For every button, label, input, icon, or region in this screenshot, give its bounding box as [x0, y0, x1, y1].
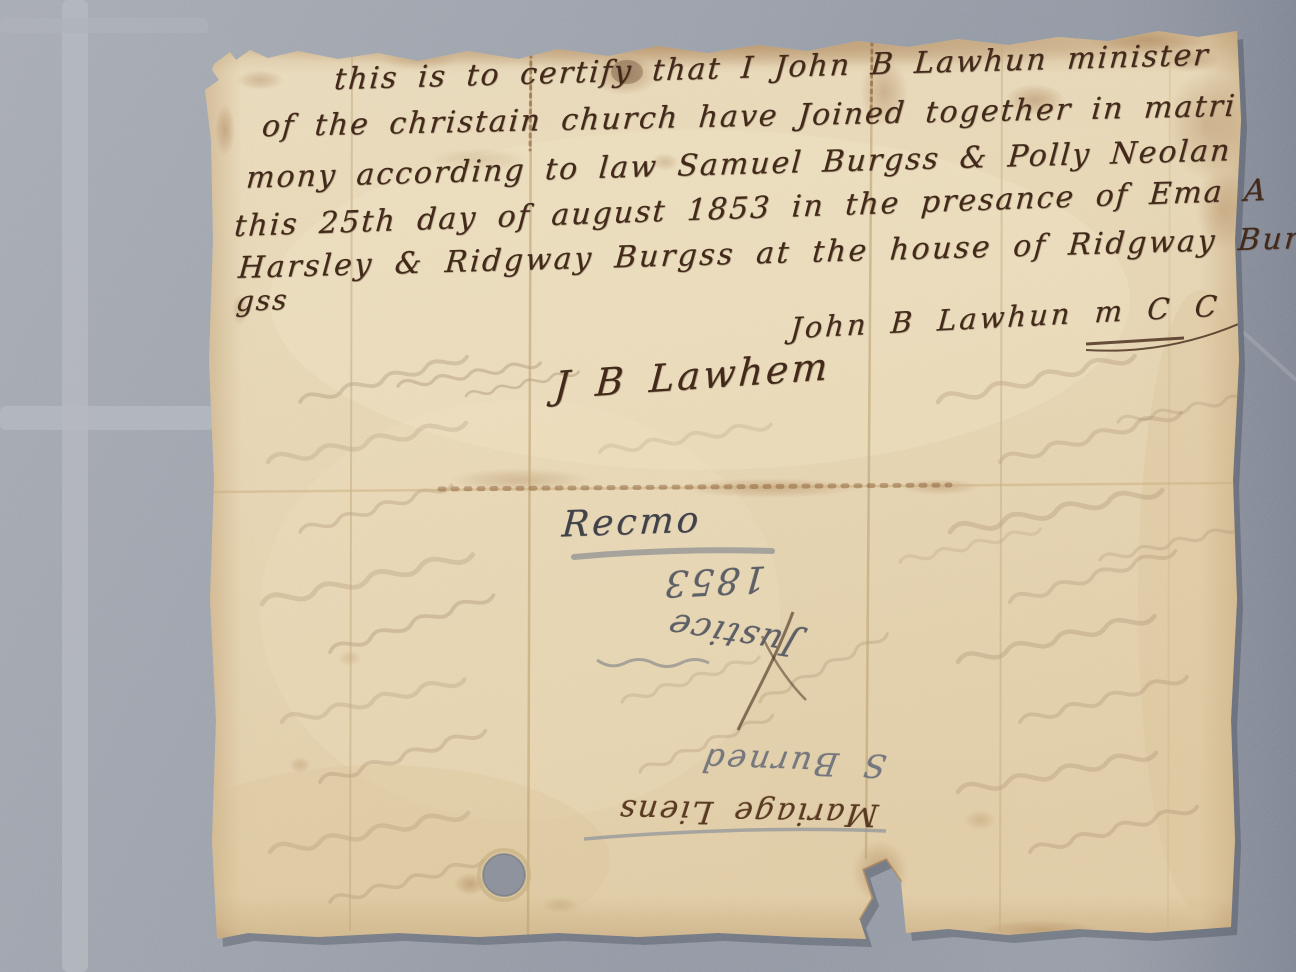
punch-hole: [479, 850, 529, 900]
photo-artwork: [0, 0, 1296, 972]
photo-of-document: this is to certify that I John B Lawhun …: [0, 0, 1296, 972]
